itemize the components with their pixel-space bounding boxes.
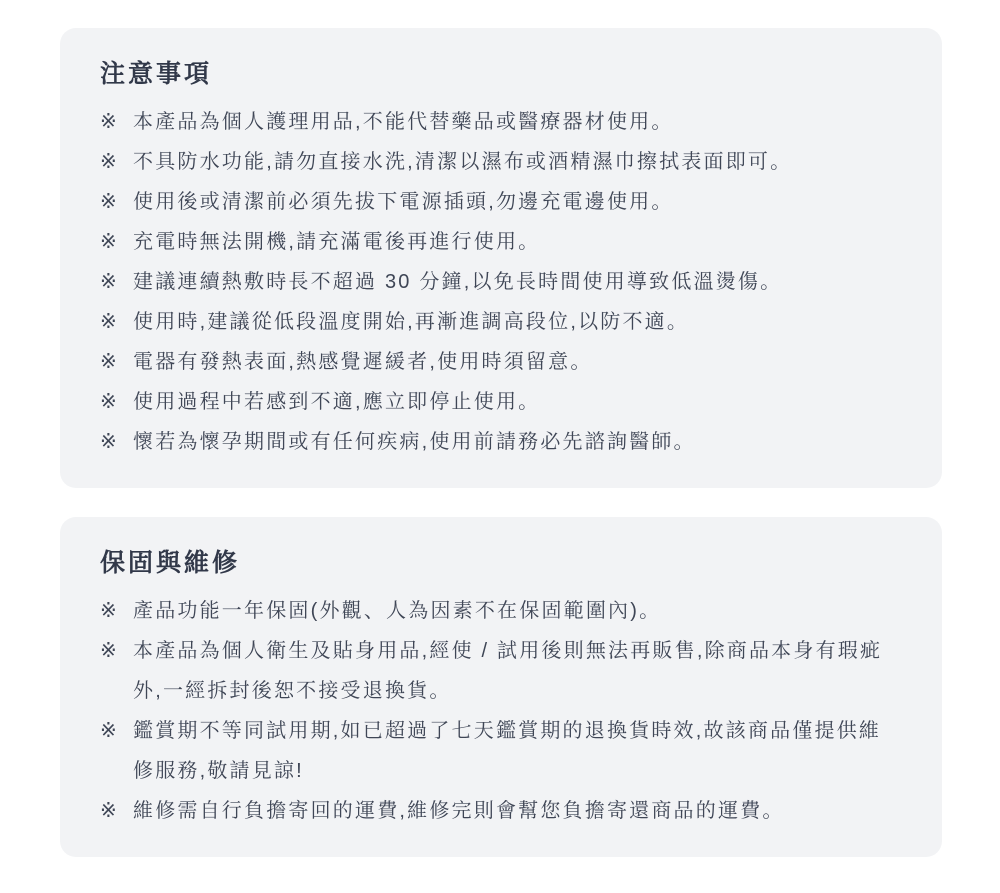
reference-mark: ※ [100,302,133,342]
page: 注意事項 ※本產品為個人護理用品,不能代替藥品或醫療器材使用。 ※不具防水功能,… [0,0,1000,893]
list-item-text: 使用後或清潔前必須先拔下電源插頭,勿邊充電邊使用。 [133,191,674,213]
reference-mark: ※ [100,591,133,631]
precautions-card: 注意事項 ※本產品為個人護理用品,不能代替藥品或醫療器材使用。 ※不具防水功能,… [60,28,942,488]
warranty-list: ※產品功能一年保固(外觀、人為因素不在保固範圍內)。 ※本產品為個人衛生及貼身用… [100,591,902,831]
list-item: ※本產品為個人衛生及貼身用品,經使 / 試用後則無法再販售,除商品本身有瑕疵外,… [100,631,902,711]
warranty-card: 保固與維修 ※產品功能一年保固(外觀、人為因素不在保固範圍內)。 ※本產品為個人… [60,517,942,857]
list-item-text: 建議連續熱敷時長不超過 30 分鐘,以免長時間使用導致低溫燙傷。 [133,271,782,293]
list-item: ※本產品為個人護理用品,不能代替藥品或醫療器材使用。 [100,102,902,142]
reference-mark: ※ [100,711,133,751]
precautions-list: ※本產品為個人護理用品,不能代替藥品或醫療器材使用。 ※不具防水功能,請勿直接水… [100,102,902,462]
precautions-section-title: 注意事項 [100,56,902,92]
reference-mark: ※ [100,631,133,671]
list-item: ※產品功能一年保固(外觀、人為因素不在保固範圍內)。 [100,591,902,631]
list-item-text: 鑑賞期不等同試用期,如已超過了七天鑑賞期的退換貨時效,故該商品僅提供維修服務,敬… [133,720,881,782]
list-item: ※電器有發熱表面,熱感覺遲緩者,使用時須留意。 [100,342,902,382]
list-item-text: 本產品為個人護理用品,不能代替藥品或醫療器材使用。 [133,111,674,133]
list-item: ※不具防水功能,請勿直接水洗,清潔以濕布或酒精濕巾擦拭表面即可。 [100,142,902,182]
reference-mark: ※ [100,262,133,302]
reference-mark: ※ [100,182,133,222]
list-item-text: 不具防水功能,請勿直接水洗,清潔以濕布或酒精濕巾擦拭表面即可。 [133,151,792,173]
reference-mark: ※ [100,222,133,262]
list-item: ※鑑賞期不等同試用期,如已超過了七天鑑賞期的退換貨時效,故該商品僅提供維修服務,… [100,711,902,791]
list-item: ※使用過程中若感到不適,應立即停止使用。 [100,382,902,422]
list-item: ※建議連續熱敷時長不超過 30 分鐘,以免長時間使用導致低溫燙傷。 [100,262,902,302]
warranty-section-title: 保固與維修 [100,545,902,581]
list-item-text: 電器有發熱表面,熱感覺遲緩者,使用時須留意。 [133,351,593,373]
list-item: ※懷若為懷孕期間或有任何疾病,使用前請務必先諮詢醫師。 [100,422,902,462]
list-item-text: 本產品為個人衛生及貼身用品,經使 / 試用後則無法再販售,除商品本身有瑕疵外,一… [133,640,882,702]
list-item-text: 充電時無法開機,請充滿電後再進行使用。 [133,231,540,253]
list-item-text: 產品功能一年保固(外觀、人為因素不在保固範圍內)。 [133,600,661,622]
list-item: ※使用後或清潔前必須先拔下電源插頭,勿邊充電邊使用。 [100,182,902,222]
list-item: ※維修需自行負擔寄回的運費,維修完則會幫您負擔寄還商品的運費。 [100,791,902,831]
reference-mark: ※ [100,422,133,462]
reference-mark: ※ [100,382,133,422]
list-item-text: 維修需自行負擔寄回的運費,維修完則會幫您負擔寄還商品的運費。 [133,800,785,822]
list-item: ※使用時,建議從低段溫度開始,再漸進調高段位,以防不適。 [100,302,902,342]
reference-mark: ※ [100,791,133,831]
reference-mark: ※ [100,102,133,142]
list-item-text: 使用時,建議從低段溫度開始,再漸進調高段位,以防不適。 [133,311,689,333]
reference-mark: ※ [100,342,133,382]
list-item-text: 懷若為懷孕期間或有任何疾病,使用前請務必先諮詢醫師。 [133,431,696,453]
reference-mark: ※ [100,142,133,182]
list-item: ※充電時無法開機,請充滿電後再進行使用。 [100,222,902,262]
list-item-text: 使用過程中若感到不適,應立即停止使用。 [133,391,540,413]
